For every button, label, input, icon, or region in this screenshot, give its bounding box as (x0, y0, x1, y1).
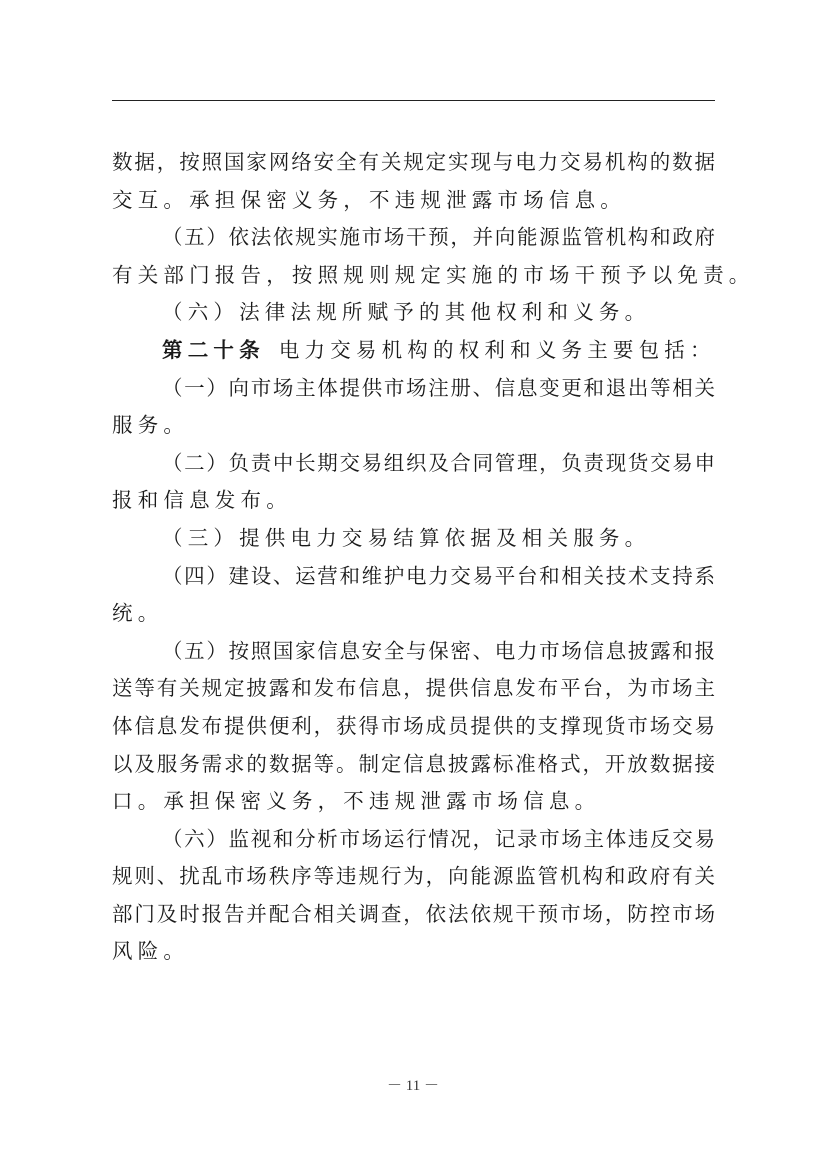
text-line: 统。 (112, 595, 715, 633)
text-line: 规则、扰乱市场秩序等违规行为，向能源监管机构和政府有关 (112, 858, 715, 896)
article-label: 第二十条 (162, 338, 265, 362)
text-line: 体信息发布提供便利，获得市场成员提供的支撑现货市场交易 (112, 708, 715, 746)
document-page: 数据，按照国家网络安全有关规定实现与电力交易机构的数据 交互。承担保密义务，不违… (0, 0, 826, 1169)
text-line: 有关部门报告，按照规则规定实施的市场干预予以免责。 (112, 257, 715, 295)
page-number: － 11 － (0, 1074, 826, 1095)
header-rule (112, 100, 715, 101)
text-line: 风险。 (112, 933, 715, 971)
clause-1-line: （一）向市场主体提供市场注册、信息变更和退出等相关 (112, 370, 715, 408)
clause-2-line: （二）负责中长期交易组织及合同管理，负责现货交易申 (112, 445, 715, 483)
clause-3-line: （三）提供电力交易结算依据及相关服务。 (112, 520, 715, 558)
clause-6-line: （六）法律法规所赋予的其他权利和义务。 (112, 294, 715, 332)
clause-5-line: （五）按照国家信息安全与保密、电力市场信息披露和报 (112, 633, 715, 671)
text-line: 服务。 (112, 407, 715, 445)
document-body: 数据，按照国家网络安全有关规定实现与电力交易机构的数据 交互。承担保密义务，不违… (112, 144, 715, 971)
article-text: 电力交易机构的权利和义务主要包括： (279, 338, 716, 362)
article-20-heading: 第二十条电力交易机构的权利和义务主要包括： (112, 332, 715, 370)
text-line: 交互。承担保密义务，不违规泄露市场信息。 (112, 182, 715, 220)
clause-4-line: （四）建设、运营和维护电力交易平台和相关技术支持系 (112, 558, 715, 596)
text-line: 报和信息发布。 (112, 482, 715, 520)
clause-5-line: （五）依法依规实施市场干预，并向能源监管机构和政府 (112, 219, 715, 257)
text-line: 部门及时报告并配合相关调查，依法依规干预市场，防控市场 (112, 896, 715, 934)
text-line: 送等有关规定披露和发布信息，提供信息发布平台，为市场主 (112, 670, 715, 708)
text-line: 数据，按照国家网络安全有关规定实现与电力交易机构的数据 (112, 144, 715, 182)
clause-6-line: （六）监视和分析市场运行情况，记录市场主体违反交易 (112, 821, 715, 859)
text-line: 口。承担保密义务，不违规泄露市场信息。 (112, 783, 715, 821)
text-line: 以及服务需求的数据等。制定信息披露标准格式，开放数据接 (112, 746, 715, 784)
